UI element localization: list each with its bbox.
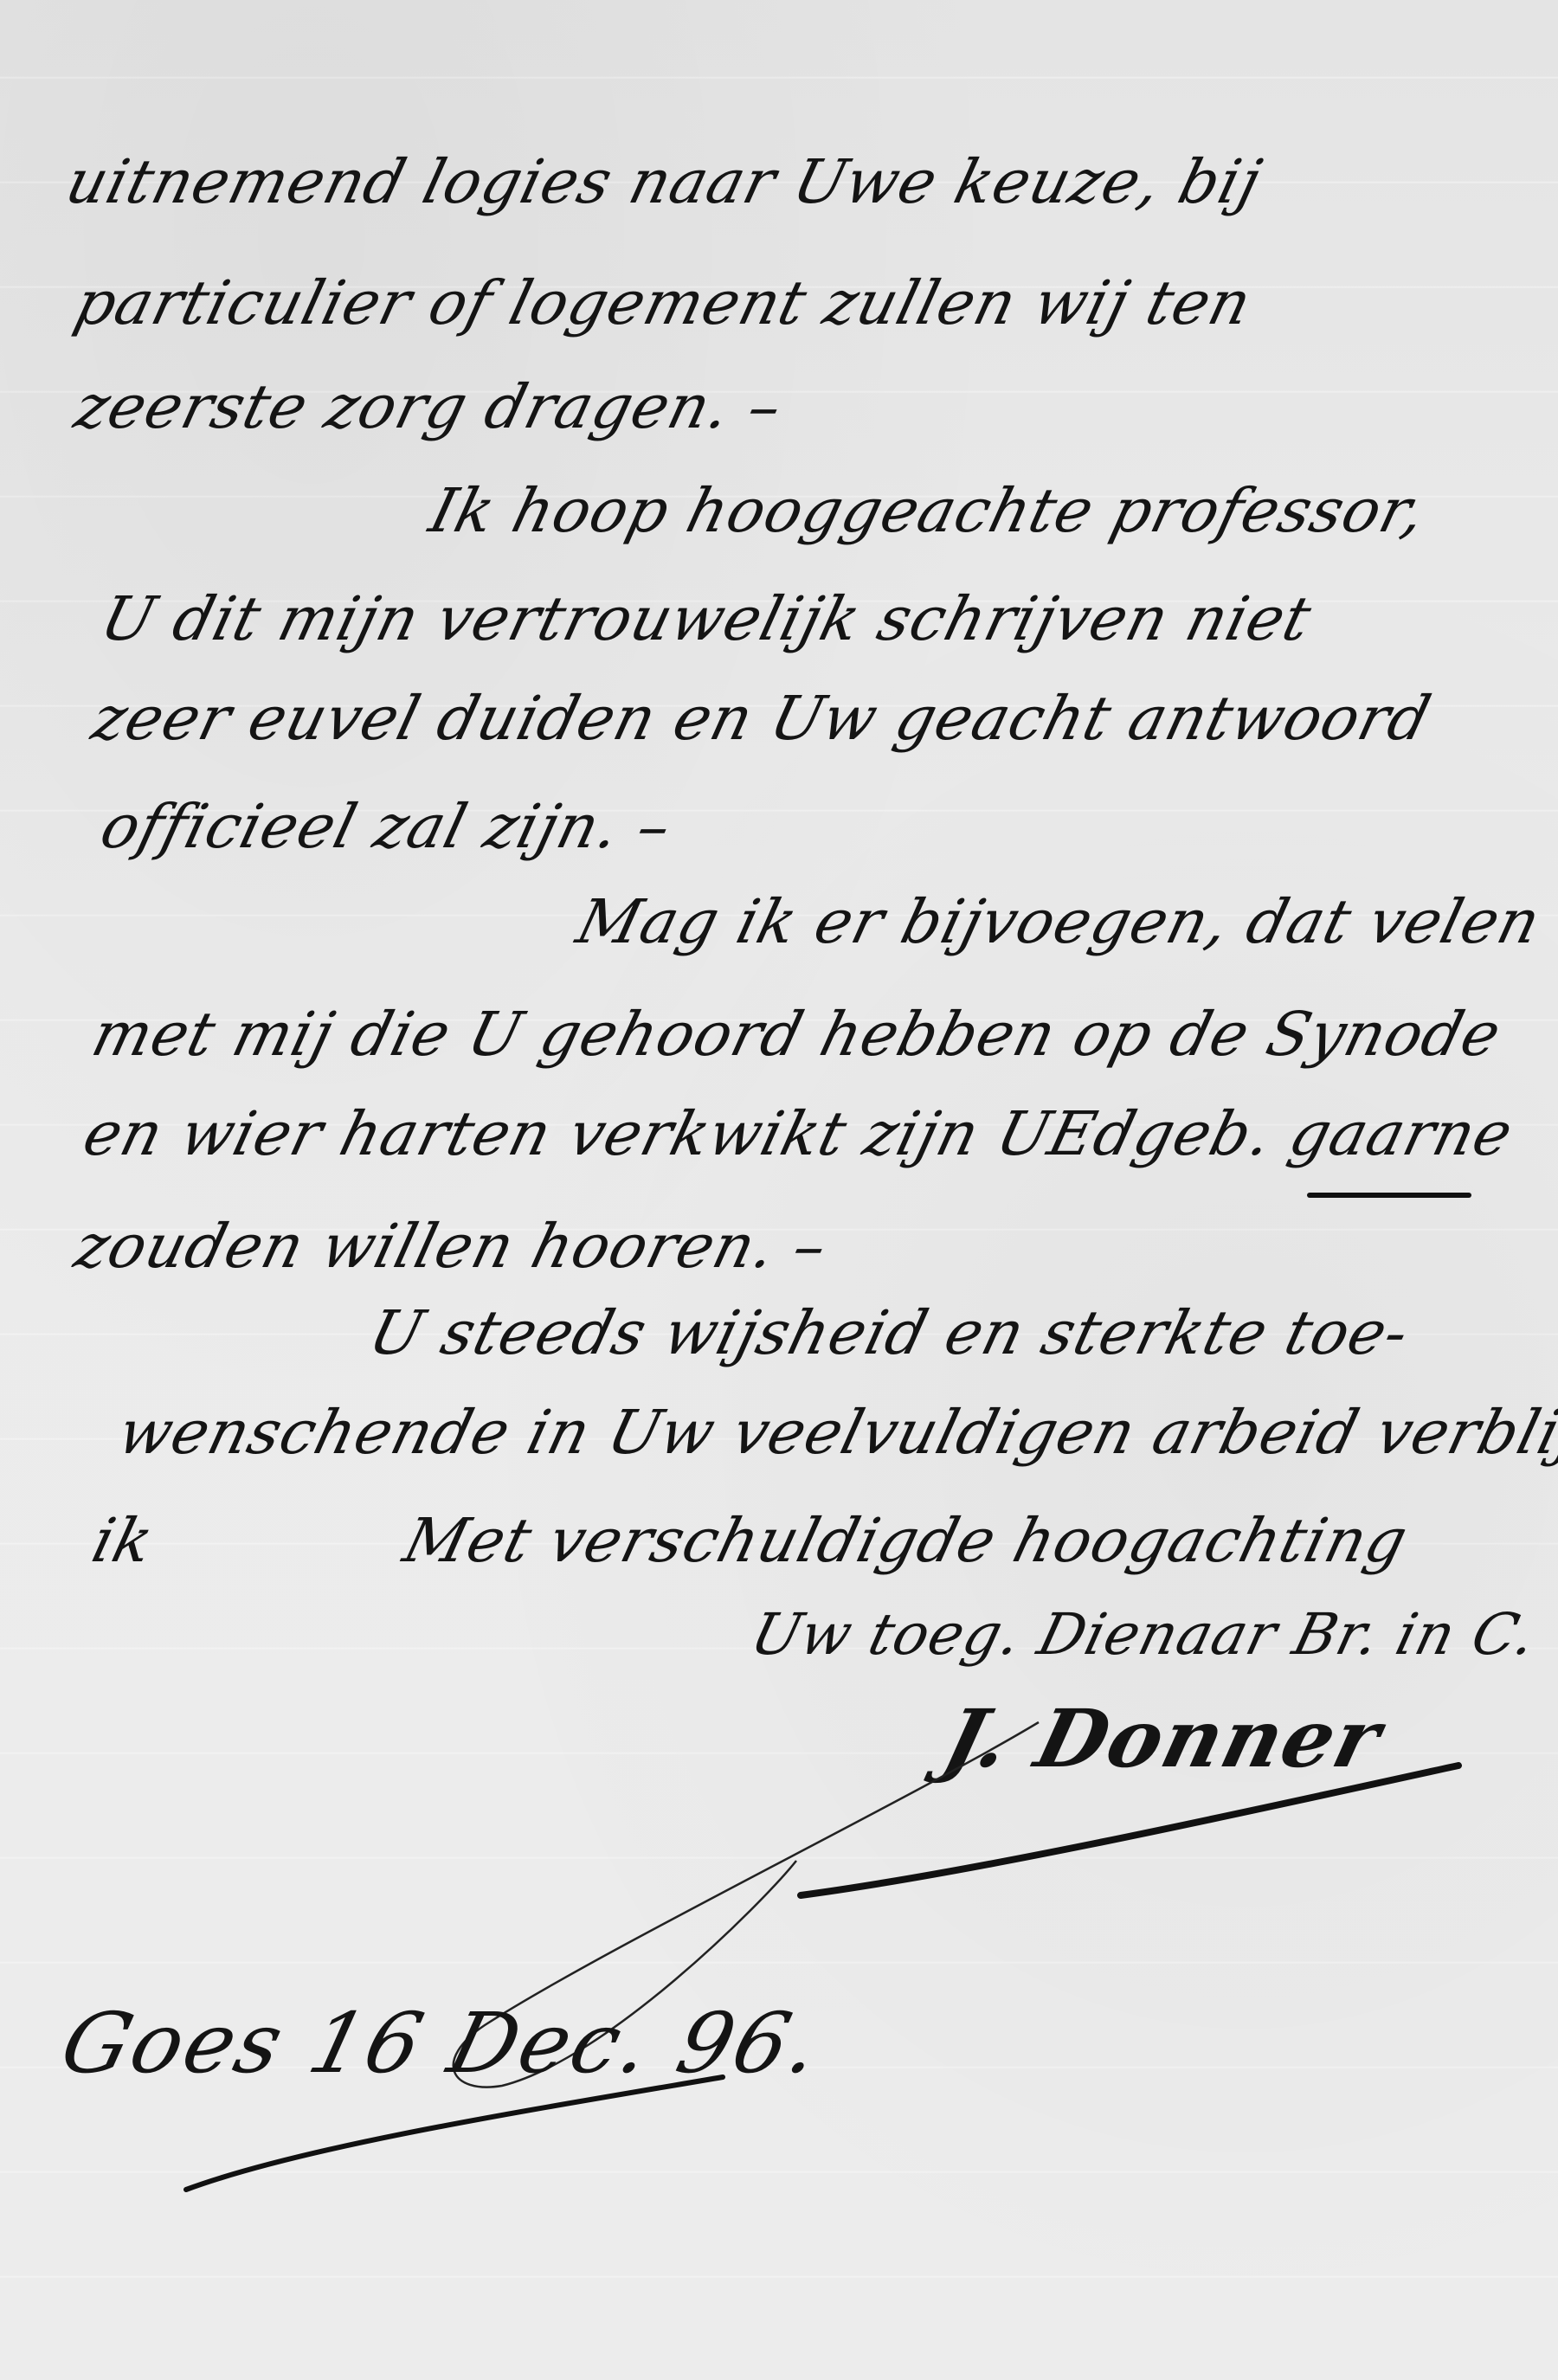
letter-line-1: uitnemend logies naar Uwe keuze, bij [61, 151, 1267, 212]
place-date: Goes 16 Dec. 96. [52, 1995, 832, 2092]
letter-line-6: zeer euvel duiden en Uw geacht antwoord [87, 688, 1437, 749]
letter-page: ​ uitnemend logies naar Uwe keuze, bij p… [0, 0, 1558, 2380]
letter-line-5: U dit mijn vertrouwelijk schrijven niet [95, 589, 1317, 649]
letter-line-7: officieel zal zijn. – [95, 796, 678, 857]
letter-line-15: Met verschuldigde hoogachting [398, 1510, 1413, 1571]
letter-line-12: U steeds wijsheid en sterkte toe- [364, 1303, 1415, 1363]
letter-line-11: zouden willen hooren. – [69, 1216, 834, 1277]
letter-line-8: Mag ik er bijvoegen, dat velen [571, 891, 1547, 952]
underline-gaarne [1307, 1193, 1471, 1198]
letter-line-9: met mij die U gehoord hebben op de Synod… [87, 1004, 1507, 1065]
letter-line-10: en wier harten verkwikt zijn UEdgeb. gaa… [78, 1103, 1519, 1164]
letter-line-13: wenschende in Uw veelvuldigen arbeid ver… [113, 1402, 1558, 1463]
closing-line: Uw toeg. Dienaar Br. in C. [744, 1601, 1543, 1668]
letter-line-2: particulier of logement zullen wij ten [69, 273, 1258, 333]
letter-line-4: Ik hoop hooggeachte professor, [424, 480, 1432, 541]
bleed-through-text: ​ [484, 1584, 486, 1648]
letter-line-14: ik [87, 1510, 159, 1571]
letter-line-3: zeerste zorg dragen. – [69, 376, 789, 437]
signature: J. Donner [935, 1692, 1391, 1785]
